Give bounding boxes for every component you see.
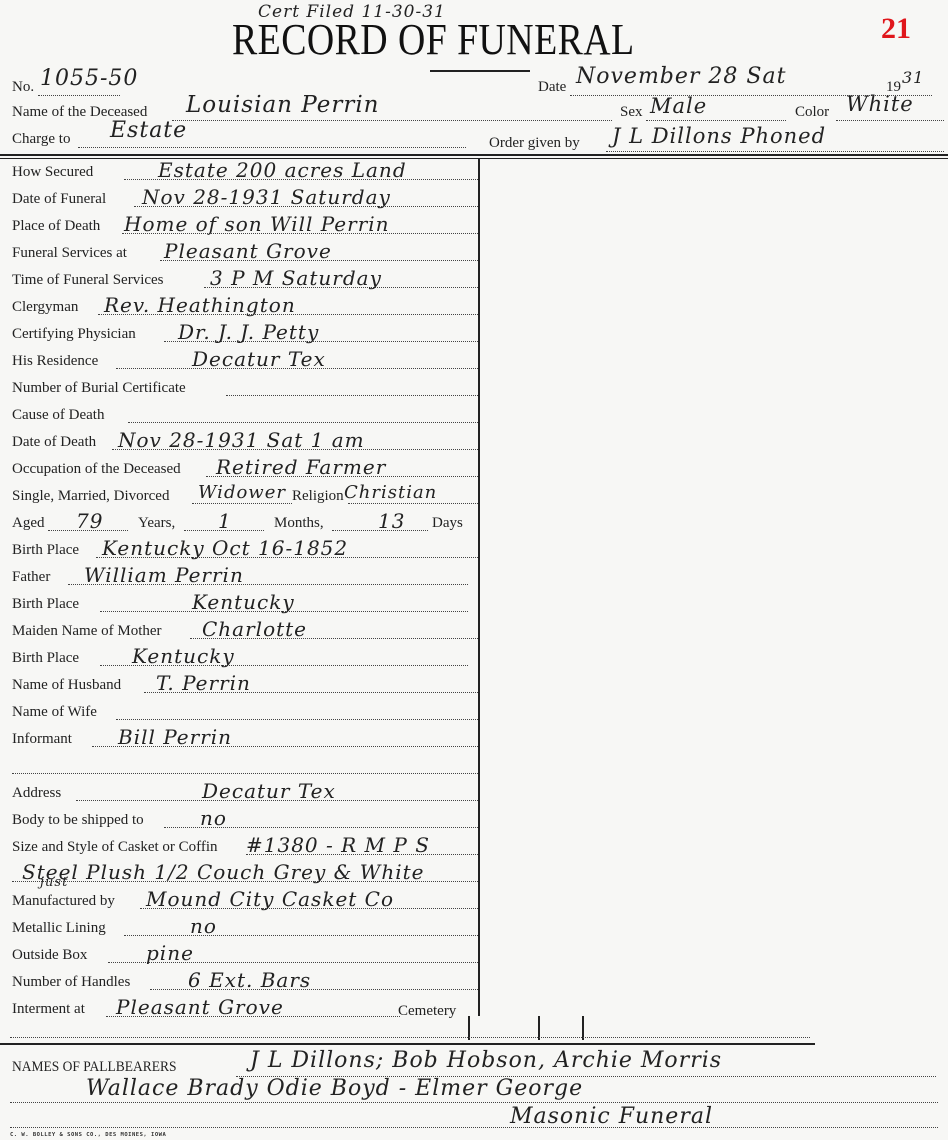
header-rule-top <box>0 154 948 156</box>
charge-value: Estate <box>110 118 187 143</box>
field-informant-extra-line <box>12 754 492 780</box>
field-funeral-services-at: Funeral Services at Pleasant Grove <box>12 241 492 267</box>
field-address: Address Decatur Tex <box>12 781 492 807</box>
lower-rule-thick <box>0 1043 815 1045</box>
pallbearers-line-2 <box>10 1102 938 1103</box>
field-manufactured-by: just Manufactured by Mound City Casket C… <box>12 889 492 915</box>
no-label: No. <box>12 79 34 96</box>
no-value: 1055-50 <box>40 66 138 91</box>
days-value: 13 <box>378 509 405 533</box>
field-father-birth-place: Birth Place Kentucky <box>12 592 492 618</box>
field-outside-box: Outside Box pine <box>12 943 492 969</box>
header-rule-bottom <box>0 158 948 159</box>
pallbearers-line-3-value: Masonic Funeral <box>510 1104 713 1129</box>
days-label: Days <box>432 515 463 532</box>
manufactured-annotation: just <box>40 875 68 890</box>
field-time-of-funeral-services: Time of Funeral Services 3 P M Saturday <box>12 268 492 294</box>
order-value: J L Dillons Phoned <box>612 124 826 148</box>
field-maiden-name-of-mother: Maiden Name of Mother Charlotte <box>12 619 492 645</box>
title-underline <box>430 70 530 72</box>
color-line <box>836 120 944 121</box>
date-label: Date <box>538 79 566 96</box>
field-date-of-funeral: Date of Funeral Nov 28-1931 Saturday <box>12 187 492 213</box>
field-aged: Aged 79 Years, 1 Months, 13 Days <box>12 511 492 537</box>
months-value: 1 <box>218 509 232 533</box>
no-line <box>38 95 120 96</box>
field-interment-at: Interment at Pleasant Grove Cemetery <box>12 997 492 1023</box>
field-mother-birth-place: Birth Place Kentucky <box>12 646 492 672</box>
years-label: Years, <box>138 515 175 532</box>
pallbearers-line-1-value: J L Dillons; Bob Hobson, Archie Morris <box>250 1048 722 1073</box>
field-certifying-physician: Certifying Physician Dr. J. J. Petty <box>12 322 492 348</box>
field-informant: Informant Bill Perrin <box>12 727 492 753</box>
sex-value: Male <box>650 94 707 118</box>
deceased-line <box>172 120 612 121</box>
pallbearers-line-3 <box>10 1127 938 1128</box>
religion-value: Christian <box>344 482 437 503</box>
field-date-of-death: Date of Death Nov 28-1931 Sat 1 am <box>12 430 492 456</box>
order-label: Order given by <box>489 135 580 152</box>
field-occupation: Occupation of the Deceased Retired Farme… <box>12 457 492 483</box>
years-value: 79 <box>76 509 103 533</box>
field-body-shipped-to: Body to be shipped to no <box>12 808 492 834</box>
field-metallic-lining: Metallic Lining no <box>12 916 492 942</box>
page-number: 21 <box>881 12 911 46</box>
sex-label: Sex <box>620 104 643 121</box>
field-casket-size-style: Size and Style of Casket or Coffin #1380… <box>12 835 492 861</box>
cemetery-label: Cemetery <box>398 1003 456 1020</box>
color-value: White <box>846 92 914 116</box>
field-his-residence: His Residence Decatur Tex <box>12 349 492 375</box>
field-father: Father William Perrin <box>12 565 492 591</box>
charge-label: Charge to <box>12 131 70 148</box>
date-value: November 28 Sat <box>576 64 786 89</box>
field-place-of-death: Place of Death Home of son Will Perrin <box>12 214 492 240</box>
field-casket-description: Steel Plush 1/2 Couch Grey & White <box>12 862 492 888</box>
order-line <box>606 151 944 152</box>
field-name-of-husband: Name of Husband T. Perrin <box>12 673 492 699</box>
field-clergyman: Clergyman Rev. Heathington <box>12 295 492 321</box>
field-birth-place: Birth Place Kentucky Oct 16-1852 <box>12 538 492 564</box>
page-title: RECORD OF FUNERAL <box>232 14 635 65</box>
pallbearers-label: NAMES OF PALLBEARERS <box>12 1059 177 1076</box>
field-how-secured: How Secured Estate 200 acres Land <box>12 160 492 186</box>
pallbearers-line-2-value: Wallace Brady Odie Boyd - Elmer George <box>86 1076 583 1101</box>
charge-line <box>78 147 466 148</box>
field-burial-certificate: Number of Burial Certificate <box>12 376 492 402</box>
year-suffix: 31 <box>902 68 924 87</box>
field-cause-of-death: Cause of Death <box>12 403 492 429</box>
color-label: Color <box>795 104 829 121</box>
lower-dotted-line <box>10 1037 810 1038</box>
deceased-value: Louisian Perrin <box>186 92 380 118</box>
religion-label: Religion <box>292 488 344 505</box>
field-name-of-wife: Name of Wife <box>12 700 492 726</box>
printer-imprint: C. W. BOLLEY & SONS CO., DES MOINES, IOW… <box>10 1132 166 1138</box>
field-number-of-handles: Number of Handles 6 Ext. Bars <box>12 970 492 996</box>
sex-line <box>646 120 786 121</box>
months-label: Months, <box>274 515 324 532</box>
field-marital-status: Single, Married, Divorced Widower Religi… <box>12 484 492 510</box>
